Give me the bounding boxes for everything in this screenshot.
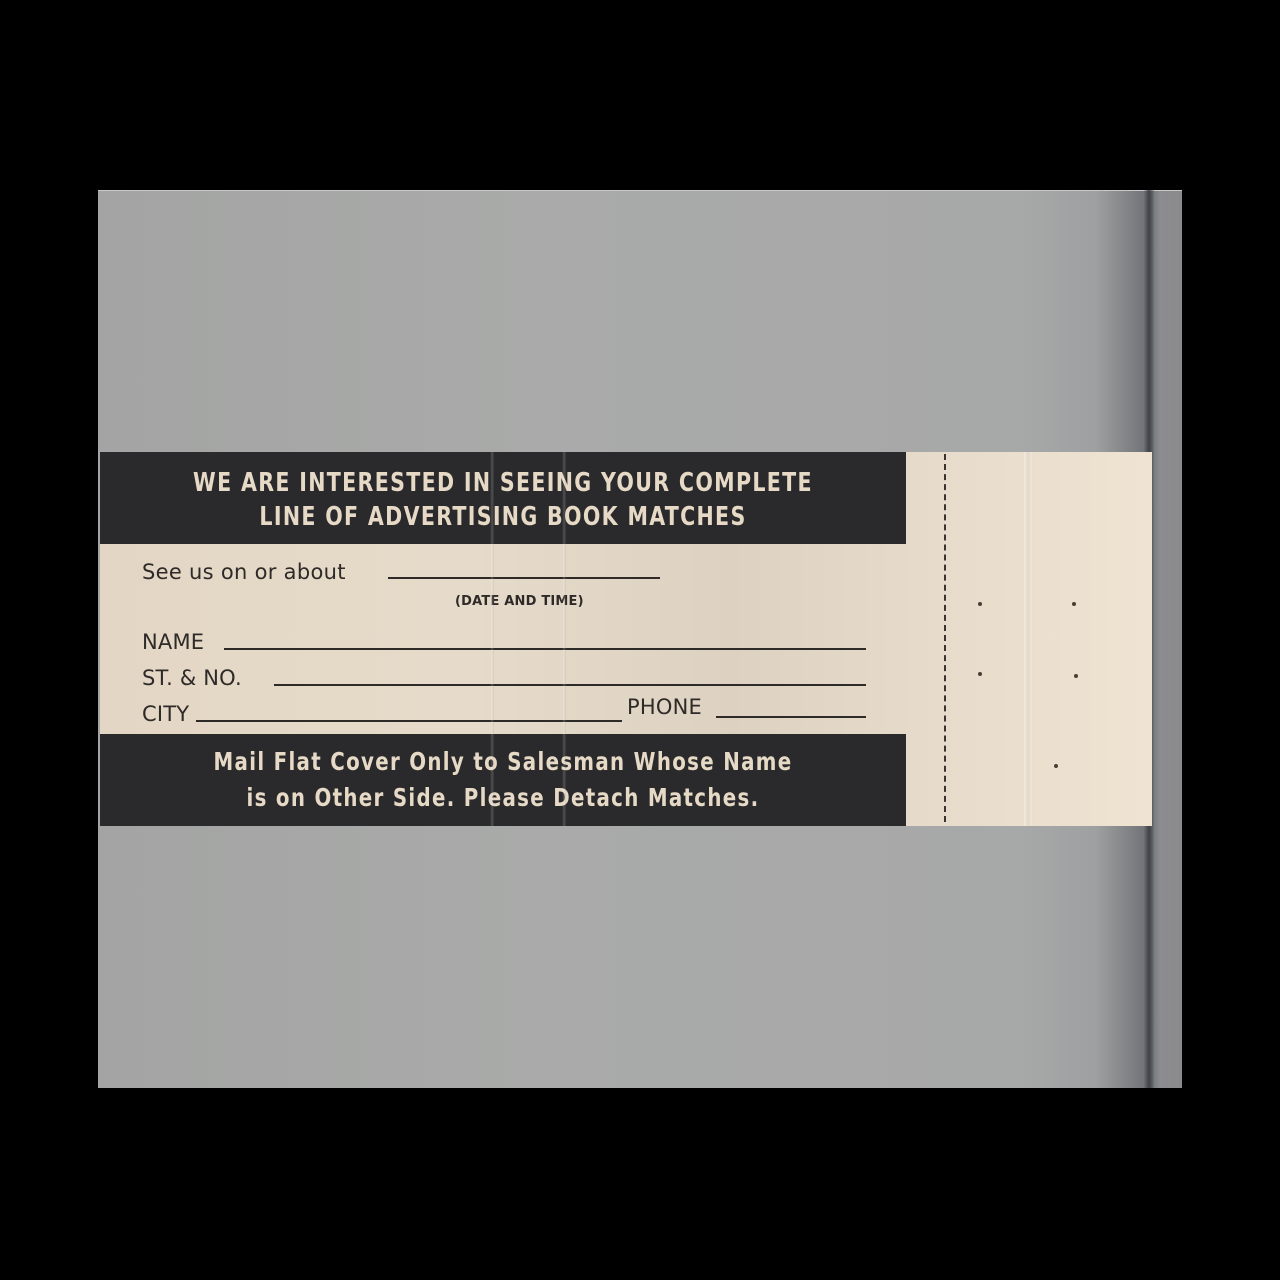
city-fill-line [196, 720, 622, 722]
footer-line-2: is on Other Side. Please Detach Matches. [148, 780, 857, 816]
staple-hole [1072, 602, 1076, 606]
name-label: NAME [142, 630, 204, 654]
city-label: CITY [142, 702, 189, 726]
header-band: WE ARE INTERESTED IN SEEING YOUR COMPLET… [100, 452, 906, 544]
stub-fold [1024, 452, 1032, 826]
date-fill-line [388, 577, 660, 579]
crease-line [562, 452, 566, 826]
matchbook-cover: WE ARE INTERESTED IN SEEING YOUR COMPLET… [100, 452, 1152, 826]
street-label: ST. & NO. [142, 666, 242, 690]
staple-hole [978, 672, 982, 676]
perforation-line [944, 454, 946, 822]
header-line-1: WE ARE INTERESTED IN SEEING YOUR COMPLET… [148, 466, 857, 500]
staple-hole [1074, 674, 1078, 678]
striker-stub [906, 452, 1152, 826]
footer-band: Mail Flat Cover Only to Salesman Whose N… [100, 734, 906, 826]
header-line-2: LINE OF ADVERTISING BOOK MATCHES [148, 500, 857, 534]
phone-fill-line [716, 716, 866, 718]
reply-form: See us on or about (DATE AND TIME) NAME … [100, 544, 906, 734]
phone-label: PHONE [627, 695, 702, 719]
footer-line-1: Mail Flat Cover Only to Salesman Whose N… [148, 744, 857, 780]
crease-line [490, 452, 494, 826]
see-us-label: See us on or about [142, 560, 346, 584]
staple-hole [978, 602, 982, 606]
cover-front-panel: WE ARE INTERESTED IN SEEING YOUR COMPLET… [100, 452, 906, 826]
street-fill-line [274, 684, 866, 686]
name-fill-line [224, 648, 866, 650]
ink-speck [1054, 764, 1058, 768]
